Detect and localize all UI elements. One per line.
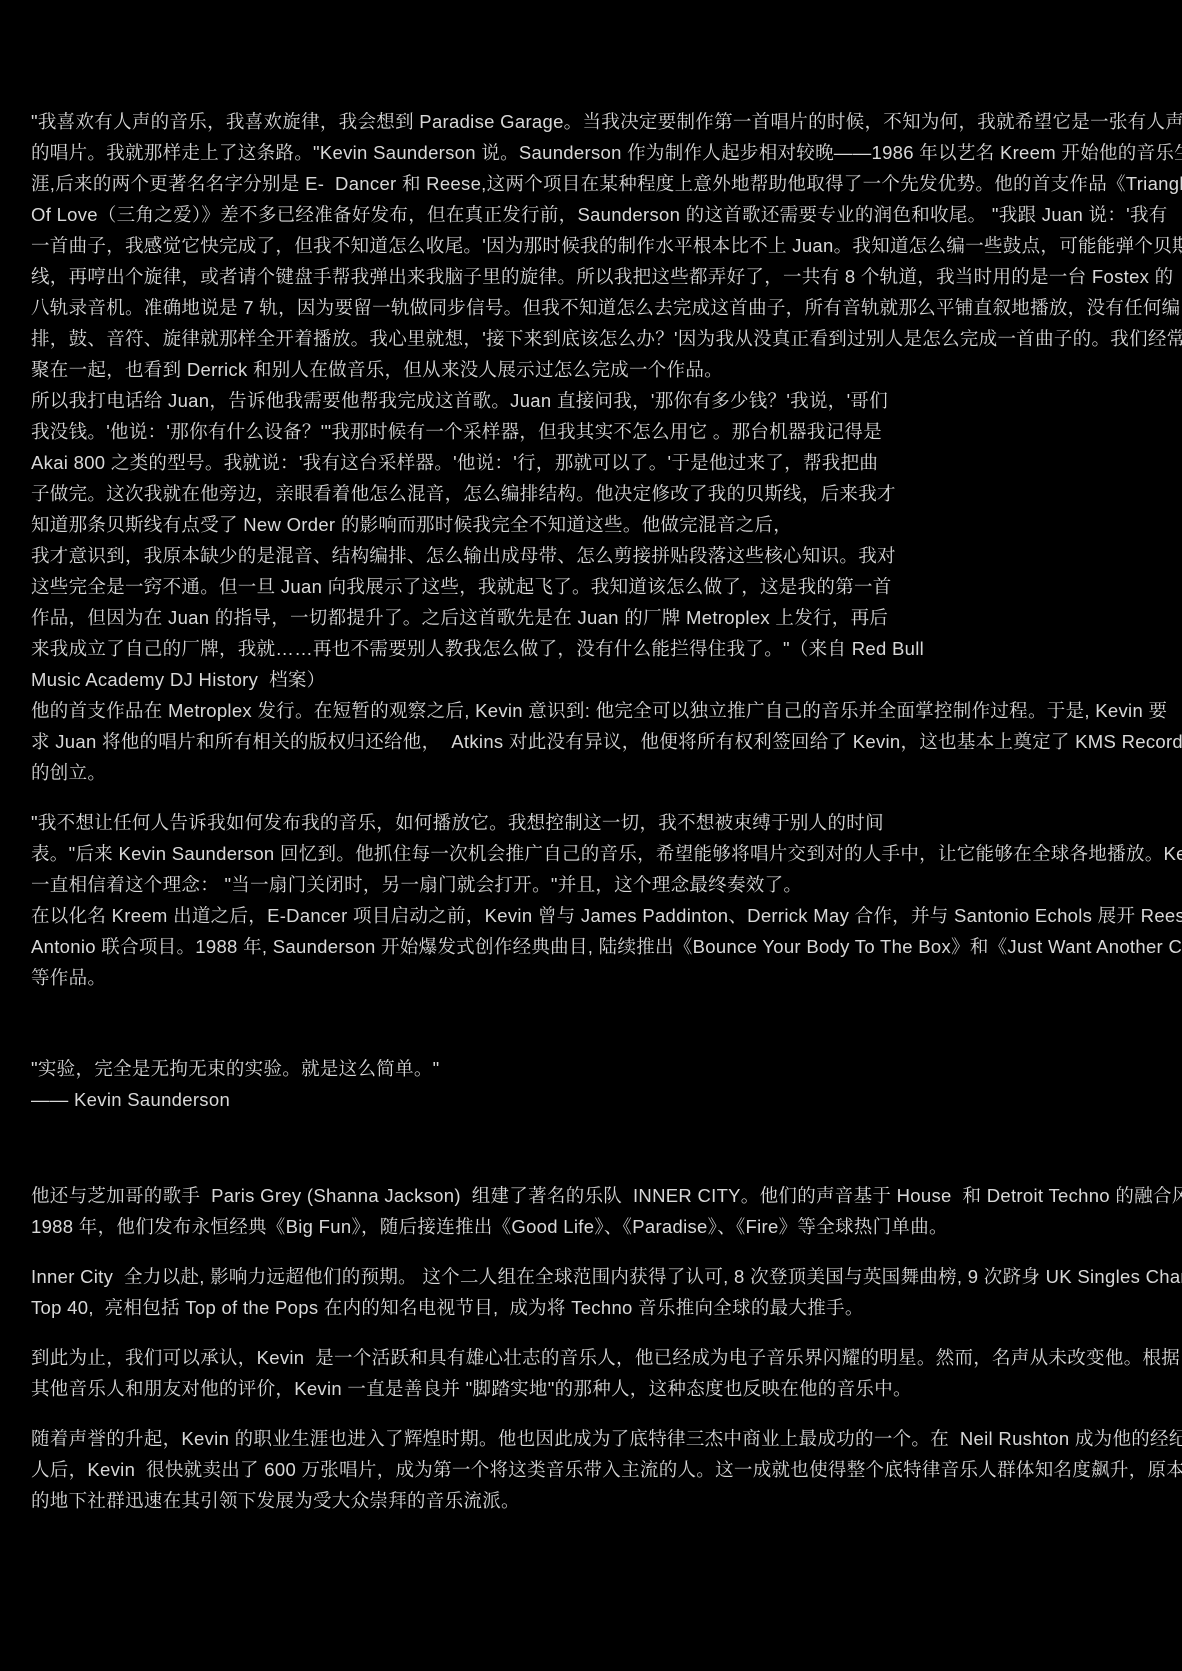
quote-attribution: —— Kevin Saunderson bbox=[31, 1084, 1174, 1115]
paragraph-chart-success: Inner City 全力以赴, 影响力远超他们的预期。 这个二人组在全球范围内… bbox=[31, 1261, 1174, 1323]
paragraph-legacy: 随着声誉的升起，Kevin 的职业生涯也进入了辉煌时期。他也因此成为了底特律三杰… bbox=[31, 1423, 1174, 1516]
paragraph-early-career: "我喜欢有人声的音乐，我喜欢旋律，我会想到 Paradise Garage。当我… bbox=[31, 106, 1174, 788]
pull-quote: "实验，完全是无拘无束的实验。就是这么简单。" bbox=[31, 1053, 1174, 1084]
paragraph-inner-city: 他还与芝加哥的歌手 Paris Grey (Shanna Jackson) 组建… bbox=[31, 1180, 1174, 1242]
article-body: "我喜欢有人声的音乐，我喜欢旋律，我会想到 Paradise Garage。当我… bbox=[0, 0, 1182, 1516]
article-page: "我喜欢有人声的音乐，我喜欢旋律，我会想到 Paradise Garage。当我… bbox=[0, 0, 1182, 1671]
paragraph-reputation: 到此为止，我们可以承认，Kevin 是一个活跃和具有雄心壮志的音乐人，他已经成为… bbox=[31, 1342, 1174, 1404]
paragraph-independence: "我不想让任何人告诉我如何发布我的音乐，如何播放它。我想控制这一切，我不想被束缚… bbox=[31, 807, 1174, 993]
